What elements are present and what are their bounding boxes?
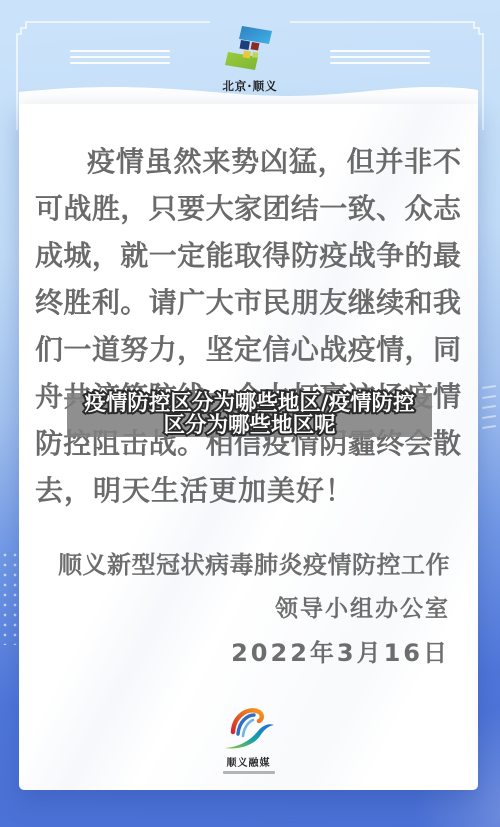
paragraph-line: 成城，就一定能取得防疫战争的最 <box>35 232 461 279</box>
footer-tagline-mark <box>223 771 275 774</box>
overlay-title-line-2: 区分为哪些地区呢 <box>163 415 335 437</box>
signature-block: 顺义新型冠状病毒肺炎疫情防控工作 领导小组办公室 2022年3月16日 <box>58 550 450 668</box>
signature-org-line-2: 领导小组办公室 <box>58 594 450 624</box>
beijing-shunyi-logo-icon <box>224 24 276 72</box>
shunyi-media-logo-icon <box>217 702 281 752</box>
decor-dashes-right <box>482 386 496 436</box>
signature-org-line-1: 顺义新型冠状病毒肺炎疫情防控工作 <box>58 550 450 580</box>
main-paragraph: 疫情虽然来势凶猛，但并非不 可战胜，只要大家团结一致、众志 成城，就一定能取得防… <box>35 138 461 514</box>
signature-date: 2022年3月16日 <box>58 638 450 668</box>
overlay-title-line-1: 疫情防控区分为哪些地区/疫情防控 <box>84 393 414 415</box>
footer-brand-label: 顺义融媒 <box>19 754 478 769</box>
notice-poster: 北京·顺义 疫情虽然来势凶猛，但并非不 可战胜，只要大家团结一致、众志 成城，就… <box>0 0 500 827</box>
card-wave-edge <box>19 84 478 106</box>
paragraph-line: 疫情虽然来势凶猛，但并非不 <box>35 138 461 185</box>
paragraph-line: 去，明天生活更加美好！ <box>35 467 461 514</box>
title-overlay-banner: 疫情防控区分为哪些地区/疫情防控 区分为哪些地区呢 <box>67 393 432 437</box>
paragraph-line: 们一道努力，坚定信心战疫情，同 <box>35 326 461 373</box>
paragraph-line: 可战胜，只要大家团结一致、众志 <box>35 185 461 232</box>
paragraph-line: 终胜利。请广大市民朋友继续和我 <box>35 279 461 326</box>
footer-brand: 顺义融媒 <box>19 702 478 774</box>
